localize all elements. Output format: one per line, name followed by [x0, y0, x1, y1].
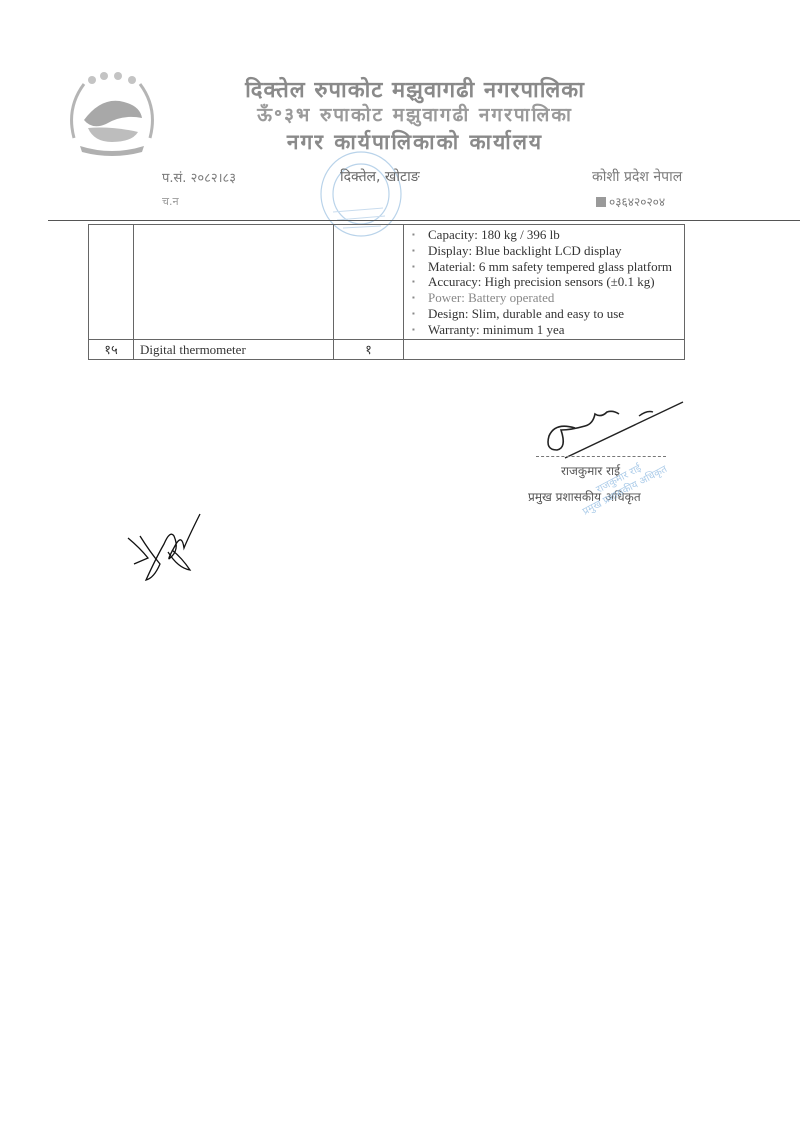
phone-number: ०३६४२०२०४: [596, 193, 665, 210]
office-location: दिक्तेल, खोटाङ: [340, 167, 420, 186]
municipality-emblem-icon: [62, 68, 162, 160]
municipality-name-stylized: ऊँ॰३भ रुपाकोट मझुवागढी नगरपालिका: [230, 101, 600, 127]
spec-item: Material: 6 mm safety tempered glass pla…: [410, 259, 678, 275]
letter-number-label: च.न: [162, 194, 179, 209]
item-name-cell: Digital thermometer: [134, 339, 334, 359]
table-row: १५ Digital thermometer १: [89, 339, 685, 359]
spec-item: Design: Slim, durable and easy to use: [410, 306, 678, 322]
specification-cell: [404, 339, 685, 359]
spec-item: Accuracy: High precision sensors (±0.1 k…: [410, 274, 678, 290]
items-table: Capacity: 180 kg / 396 lb Display: Blue …: [88, 224, 685, 360]
municipality-name: दिक्तेल रुपाकोट मझुवागढी नगरपालिका: [195, 74, 635, 104]
province-label: कोशी प्रदेश नेपाल: [592, 167, 682, 186]
spec-item: Warranty: minimum 1 yea: [410, 322, 678, 338]
serial-cell: [89, 225, 134, 340]
header-divider: [48, 220, 800, 221]
phone-icon: [596, 197, 606, 207]
spec-item: Capacity: 180 kg / 396 lb: [410, 227, 678, 243]
quantity-cell: १: [334, 339, 404, 359]
item-name-cell: [134, 225, 334, 340]
spec-list: Capacity: 180 kg / 396 lb Display: Blue …: [410, 227, 678, 338]
table-row: Capacity: 180 kg / 396 lb Display: Blue …: [89, 225, 685, 340]
witness-signature-icon: [120, 508, 210, 583]
specification-cell: Capacity: 180 kg / 396 lb Display: Blue …: [404, 225, 685, 340]
quantity-cell: [334, 225, 404, 340]
spec-item: Power: Battery operated: [410, 290, 678, 306]
spec-item: Display: Blue backlight LCD display: [410, 243, 678, 259]
phone-text: ०३६४२०२०४: [609, 195, 665, 209]
reference-number: प.सं. २०८२।८३: [162, 168, 236, 186]
serial-cell: १५: [89, 339, 134, 359]
